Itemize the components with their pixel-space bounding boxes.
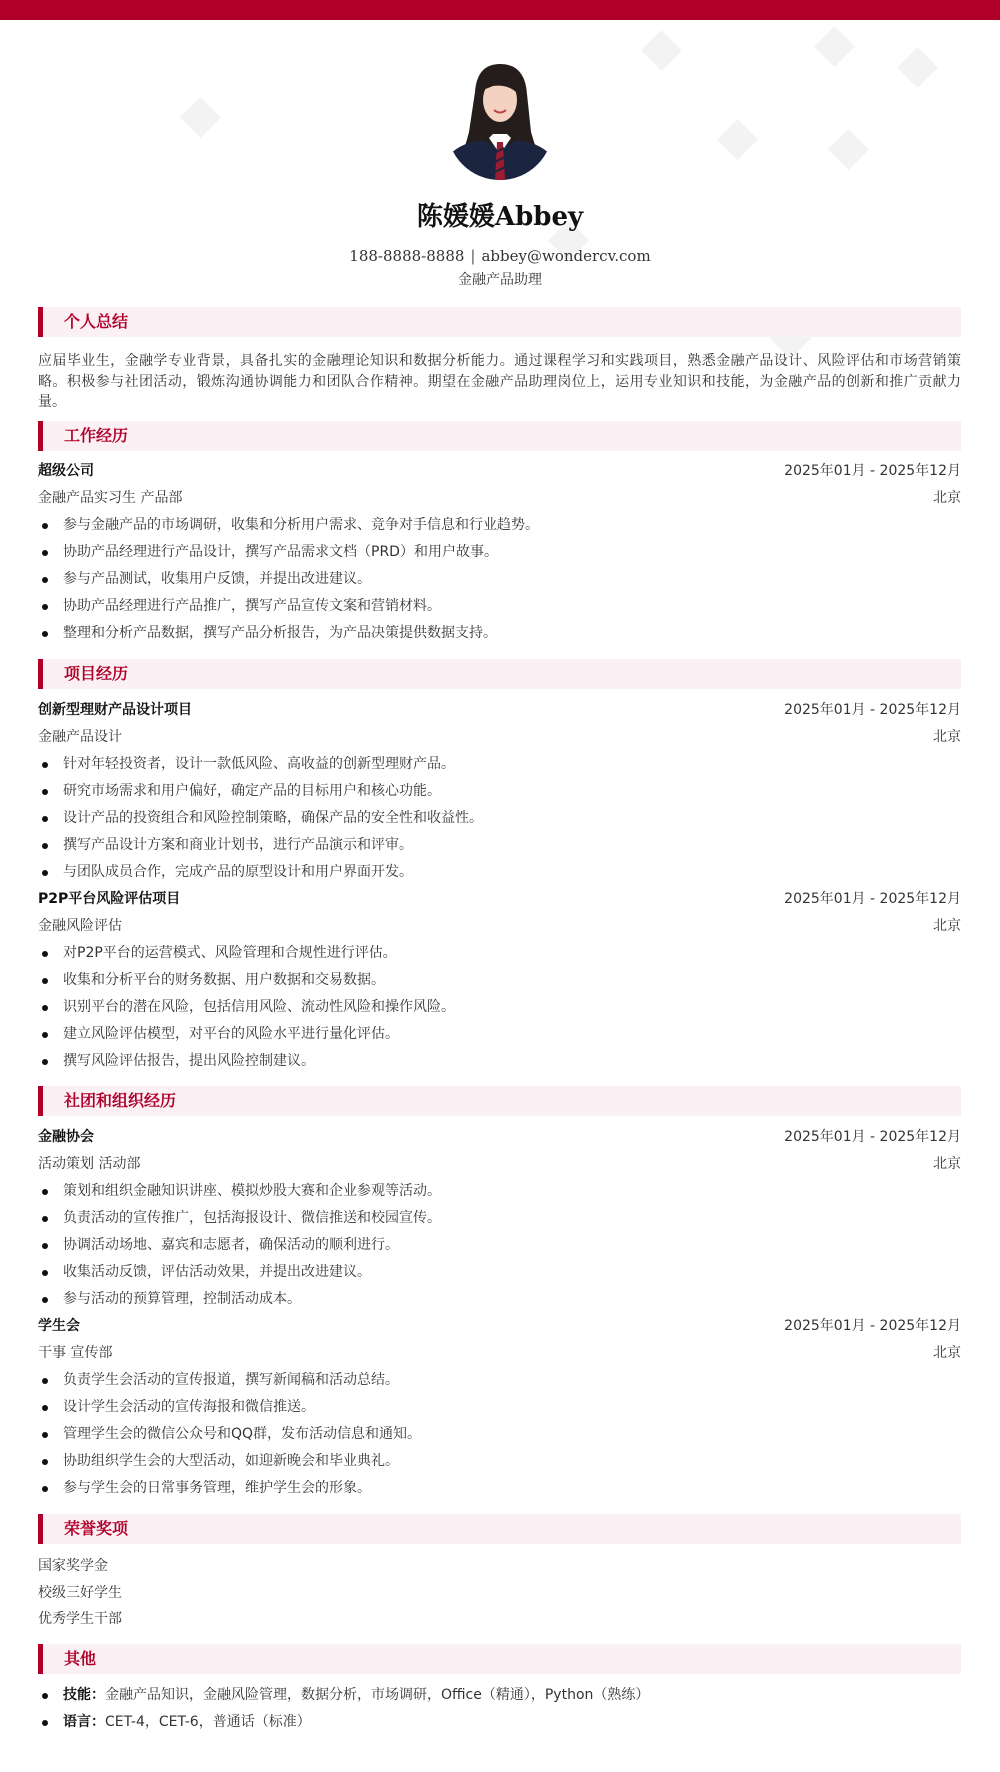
section-title: 社团和组织经历 bbox=[64, 1086, 176, 1116]
diamond-decoration bbox=[180, 97, 221, 138]
phone-number: 188-8888-8888 bbox=[349, 247, 464, 265]
summary-text: 应届毕业生，金融学专业背景，具备扎实的金融理论知识和数据分析能力。通过课程学习和… bbox=[38, 351, 961, 413]
candidate-name: 陈媛媛Abbey bbox=[0, 199, 1000, 235]
entry-date: 2025年01月 - 2025年12月 bbox=[784, 1124, 961, 1151]
diamond-decoration bbox=[828, 129, 869, 170]
skills-label: 技能： bbox=[63, 1687, 105, 1703]
section-header-organizations: 社团和组织经历 bbox=[38, 1086, 961, 1116]
section-title: 荣誉奖项 bbox=[64, 1514, 128, 1544]
top-accent-bar bbox=[0, 0, 1000, 20]
entry-role: 金融风险评估 bbox=[38, 913, 122, 940]
bullet-item: 负责学生会活动的宣传报道，撰写新闻稿和活动总结。 bbox=[38, 1367, 961, 1394]
contact-line: 188-8888-8888|abbey@wondercv.com bbox=[0, 246, 1000, 266]
bullet-item: 负责活动的宣传推广，包括海报设计、微信推送和校园宣传。 bbox=[38, 1205, 961, 1232]
project-entry: P2P平台风险评估项目2025年01月 - 2025年12月 金融风险评估北京 … bbox=[38, 886, 961, 1075]
entry-date: 2025年01月 - 2025年12月 bbox=[784, 1313, 961, 1340]
entry-bullets: 针对年轻投资者，设计一款低风险、高收益的创新型理财产品。 研究市场需求和用户偏好… bbox=[38, 751, 961, 886]
bullet-item: 参与金融产品的市场调研，收集和分析用户需求、竞争对手信息和行业趋势。 bbox=[38, 512, 961, 539]
bullet-item: 整理和分析产品数据，撰写产品分析报告，为产品决策提供数据支持。 bbox=[38, 620, 961, 647]
bullet-item: 策划和组织金融知识讲座、模拟炒股大赛和企业参观等活动。 bbox=[38, 1178, 961, 1205]
entry-location: 北京 bbox=[933, 1340, 961, 1367]
award-item: 国家奖学金 bbox=[38, 1553, 961, 1580]
diamond-decoration bbox=[897, 47, 938, 88]
work-entry: 超级公司2025年01月 - 2025年12月 金融产品实习生 产品部北京 参与… bbox=[38, 458, 961, 647]
bullet-item: 研究市场需求和用户偏好，确定产品的目标用户和核心功能。 bbox=[38, 778, 961, 805]
organization-entry: 金融协会2025年01月 - 2025年12月 活动策划 活动部北京 策划和组织… bbox=[38, 1124, 961, 1313]
other-list: 技能：金融产品知识，金融风险管理，数据分析，市场调研，Office（精通），Py… bbox=[38, 1682, 961, 1736]
bullet-item: 识别平台的潜在风险，包括信用风险、流动性风险和操作风险。 bbox=[38, 994, 961, 1021]
contact-separator: | bbox=[470, 247, 475, 265]
entry-role: 金融产品设计 bbox=[38, 724, 122, 751]
email-address: abbey@wondercv.com bbox=[481, 247, 650, 265]
entry-organization: 超级公司 bbox=[38, 458, 94, 485]
bullet-item: 与团队成员合作，完成产品的原型设计和用户界面开发。 bbox=[38, 859, 961, 886]
bullet-item: 撰写产品设计方案和商业计划书，进行产品演示和评审。 bbox=[38, 832, 961, 859]
diamond-decoration bbox=[814, 26, 855, 67]
entry-date: 2025年01月 - 2025年12月 bbox=[784, 886, 961, 913]
bullet-item: 建立风险评估模型，对平台的风险水平进行量化评估。 bbox=[38, 1021, 961, 1048]
entry-date: 2025年01月 - 2025年12月 bbox=[784, 697, 961, 724]
languages-label: 语言： bbox=[63, 1714, 105, 1730]
section-header-other: 其他 bbox=[38, 1644, 961, 1674]
bullet-item: 设计产品的投资组合和风险控制策略，确保产品的安全性和收益性。 bbox=[38, 805, 961, 832]
bullet-item: 参与产品测试，收集用户反馈，并提出改进建议。 bbox=[38, 566, 961, 593]
entry-organization: 金融协会 bbox=[38, 1124, 94, 1151]
entry-organization: P2P平台风险评估项目 bbox=[38, 886, 180, 913]
entry-location: 北京 bbox=[933, 1151, 961, 1178]
bullet-item: 参与学生会的日常事务管理，维护学生会的形象。 bbox=[38, 1475, 961, 1502]
entry-role: 金融产品实习生 产品部 bbox=[38, 485, 182, 512]
bullet-item: 撰写风险评估报告，提出风险控制建议。 bbox=[38, 1048, 961, 1075]
section-title: 个人总结 bbox=[64, 307, 128, 337]
section-title: 项目经历 bbox=[64, 659, 128, 689]
entry-date: 2025年01月 - 2025年12月 bbox=[784, 458, 961, 485]
bullet-item: 设计学生会活动的宣传海报和微信推送。 bbox=[38, 1394, 961, 1421]
languages-item: 语言：CET-4，CET-6，普通话（标准） bbox=[38, 1709, 961, 1736]
diamond-decoration bbox=[717, 119, 758, 160]
award-item: 校级三好学生 bbox=[38, 1580, 961, 1607]
section-header-summary: 个人总结 bbox=[38, 307, 961, 337]
section-header-work: 工作经历 bbox=[38, 421, 961, 451]
bullet-item: 协助产品经理进行产品设计，撰写产品需求文档（PRD）和用户故事。 bbox=[38, 539, 961, 566]
target-job-title: 金融产品助理 bbox=[0, 270, 1000, 290]
diamond-decoration bbox=[641, 30, 682, 71]
entry-bullets: 对P2P平台的运营模式、风险管理和合规性进行评估。 收集和分析平台的财务数据、用… bbox=[38, 940, 961, 1075]
bullet-item: 协助产品经理进行产品推广，撰写产品宣传文案和营销材料。 bbox=[38, 593, 961, 620]
avatar bbox=[447, 62, 553, 180]
avatar-photo-icon bbox=[447, 62, 553, 180]
entry-bullets: 参与金融产品的市场调研，收集和分析用户需求、竞争对手信息和行业趋势。 协助产品经… bbox=[38, 512, 961, 647]
languages-value: CET-4，CET-6，普通话（标准） bbox=[105, 1714, 311, 1730]
bullet-item: 针对年轻投资者，设计一款低风险、高收益的创新型理财产品。 bbox=[38, 751, 961, 778]
section-title: 工作经历 bbox=[64, 421, 128, 451]
awards-list: 国家奖学金 校级三好学生 优秀学生干部 bbox=[38, 1553, 961, 1633]
section-title: 其他 bbox=[64, 1644, 96, 1674]
bullet-item: 管理学生会的微信公众号和QQ群，发布活动信息和通知。 bbox=[38, 1421, 961, 1448]
award-item: 优秀学生干部 bbox=[38, 1606, 961, 1633]
entry-bullets: 策划和组织金融知识讲座、模拟炒股大赛和企业参观等活动。 负责活动的宣传推广，包括… bbox=[38, 1178, 961, 1313]
bullet-item: 协调活动场地、嘉宾和志愿者，确保活动的顺利进行。 bbox=[38, 1232, 961, 1259]
bullet-item: 收集活动反馈，评估活动效果，并提出改进建议。 bbox=[38, 1259, 961, 1286]
entry-location: 北京 bbox=[933, 913, 961, 940]
entry-organization: 创新型理财产品设计项目 bbox=[38, 697, 192, 724]
skills-value: 金融产品知识，金融风险管理，数据分析，市场调研，Office（精通），Pytho… bbox=[105, 1687, 649, 1703]
entry-role: 干事 宣传部 bbox=[38, 1340, 112, 1367]
bullet-item: 参与活动的预算管理，控制活动成本。 bbox=[38, 1286, 961, 1313]
entry-location: 北京 bbox=[933, 485, 961, 512]
bullet-item: 协助组织学生会的大型活动，如迎新晚会和毕业典礼。 bbox=[38, 1448, 961, 1475]
entry-bullets: 负责学生会活动的宣传报道，撰写新闻稿和活动总结。 设计学生会活动的宣传海报和微信… bbox=[38, 1367, 961, 1502]
organization-entry: 学生会2025年01月 - 2025年12月 干事 宣传部北京 负责学生会活动的… bbox=[38, 1313, 961, 1502]
entry-location: 北京 bbox=[933, 724, 961, 751]
bullet-item: 对P2P平台的运营模式、风险管理和合规性进行评估。 bbox=[38, 940, 961, 967]
section-header-projects: 项目经历 bbox=[38, 659, 961, 689]
bullet-item: 收集和分析平台的财务数据、用户数据和交易数据。 bbox=[38, 967, 961, 994]
project-entry: 创新型理财产品设计项目2025年01月 - 2025年12月 金融产品设计北京 … bbox=[38, 697, 961, 886]
entry-organization: 学生会 bbox=[38, 1313, 80, 1340]
skills-item: 技能：金融产品知识，金融风险管理，数据分析，市场调研，Office（精通），Py… bbox=[38, 1682, 961, 1709]
entry-role: 活动策划 活动部 bbox=[38, 1151, 140, 1178]
section-header-awards: 荣誉奖项 bbox=[38, 1514, 961, 1544]
